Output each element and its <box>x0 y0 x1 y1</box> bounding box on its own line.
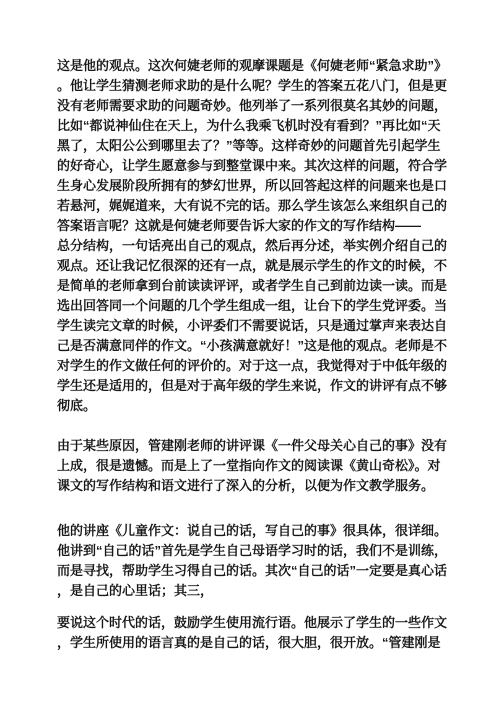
text-line: 答案语言呢？这就是何婕老师要告诉大家的作文的写作结构—— <box>57 216 447 236</box>
text-line: 这是他的观点。这次何婕老师的观摩课题是《何婕老师“紧急求助”》 <box>57 56 447 76</box>
text-line: 是简单的老师拿到台前读读评评，或者学生自己到前边读一读。而是 <box>57 276 447 296</box>
text-line: 对学生的作文做任何的评价的。对于这一点，我觉得对于中低年级的 <box>57 356 447 376</box>
text-line: 。他让学生猜测老师求助的是什么呢？学生的答案五花八门，但是更 <box>57 76 447 96</box>
text-line: 他讲到“自己的话”首先是学生自己母语学习时的话，我们不是训练， <box>57 541 447 561</box>
text-line: 学生读完文章的时候，小评委们不需要说话，只是通过掌声来表达自 <box>57 316 447 336</box>
text-line: 学生还是适用的，但是对于高年级的学生来说，作文的讲评有点不够 <box>57 376 447 396</box>
paragraph-1: 这是他的观点。这次何婕老师的观摩课题是《何婕老师“紧急求助”》 。他让学生猜测老… <box>57 56 447 416</box>
text-line: 彻底。 <box>57 396 447 416</box>
text-line: 的好奇心，让学生愿意参与到整堂课中来。其次这样的问题，符合学 <box>57 156 447 176</box>
text-line: ，学生所使用的语言真的是自己的话，很大胆，很开放。“管建刚是 <box>57 633 447 653</box>
text-line: 总分结构，一句话亮出自己的观点，然后再分述，举实例介绍自己的 <box>57 236 447 256</box>
paragraph-2: 由于某些原因，管建刚老师的讲评课《一件父母关心自己的事》没有 上成，很是遗憾。而… <box>57 436 447 496</box>
text-line: 生身心发展阶段所拥有的梦幻世界，所以回答起这样的问题来也是口 <box>57 176 447 196</box>
text-line: 比如“都说神仙住在天上，为什么我乘飞机时没有看到？”再比如“天 <box>57 116 447 136</box>
text-line: 观点。还让我记忆很深的还有一点，就是展示学生的作文的时候，不 <box>57 256 447 276</box>
text-line: 他的讲座《儿童作文：说自己的话，写自己的事》很具体，很详细。 <box>57 521 447 541</box>
text-line: 而是寻找，帮助学生习得自己的话。其次“自己的话”一定要是真心话 <box>57 561 447 581</box>
paragraph-4: 要说这个时代的话，鼓励学生使用流行语。他展示了学生的一些作文 ，学生所使用的语言… <box>57 613 447 653</box>
text-line: 上成，很是遗憾。而是上了一堂指向作文的阅读课《黄山奇松》。对 <box>57 456 447 476</box>
text-line: ，是自己的心里话；其三， <box>57 581 447 601</box>
text-line: 黑了，太阳公公到哪里去了？”等等。这样奇妙的问题首先引起学生 <box>57 136 447 156</box>
text-line: 没有老师需要求助的问题奇妙。他列举了一系列很莫名其妙的问题， <box>57 96 447 116</box>
text-line: 课文的写作结构和语文进行了深入的分析，以便为作文教学服务。 <box>57 476 447 496</box>
text-line: 由于某些原因，管建刚老师的讲评课《一件父母关心自己的事》没有 <box>57 436 447 456</box>
text-line: 要说这个时代的话，鼓励学生使用流行语。他展示了学生的一些作文 <box>57 613 447 633</box>
text-line: 若悬河，娓娓道来，大有说不完的话。那么学生该怎么来组织自己的 <box>57 196 447 216</box>
paragraph-3: 他的讲座《儿童作文：说自己的话，写自己的事》很具体，很详细。 他讲到“自己的话”… <box>57 521 447 601</box>
document-text-block: 这是他的观点。这次何婕老师的观摩课题是《何婕老师“紧急求助”》 。他让学生猜测老… <box>57 56 447 653</box>
document-page: 这是他的观点。这次何婕老师的观摩课题是《何婕老师“紧急求助”》 。他让学生猜测老… <box>0 0 500 707</box>
text-line: 己是否满意同伴的作文。“小孩满意就好！”这是他的观点。老师是不 <box>57 336 447 356</box>
text-line: 选出回答同一个问题的几个学生组成一组，让台下的学生党评委。当 <box>57 296 447 316</box>
